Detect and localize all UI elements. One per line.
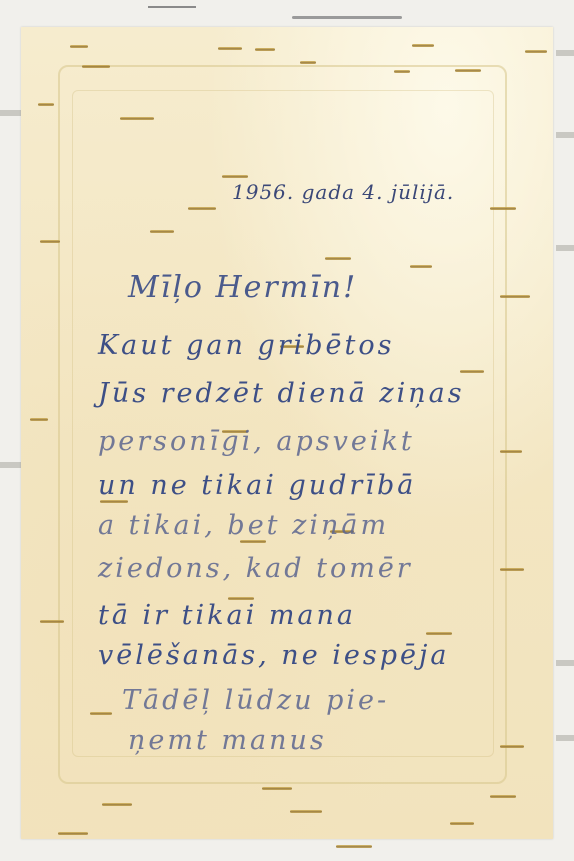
background-stripe bbox=[0, 110, 21, 116]
bark-lenticel bbox=[455, 69, 481, 72]
bark-lenticel bbox=[490, 207, 516, 210]
bark-lenticel bbox=[394, 70, 410, 73]
background-stripe bbox=[556, 132, 574, 138]
bark-lenticel bbox=[120, 117, 154, 120]
bark-lenticel bbox=[150, 230, 174, 233]
letter-line: vēlēšanās, ne iespēja bbox=[98, 640, 449, 671]
background-stripe bbox=[0, 462, 21, 468]
letter-line: tā ir tikai mana bbox=[98, 600, 356, 631]
bark-lenticel bbox=[500, 745, 524, 748]
background-stripe bbox=[556, 660, 574, 666]
bark-lenticel bbox=[300, 61, 316, 64]
bark-lenticel bbox=[40, 620, 64, 623]
background-stripe bbox=[556, 245, 574, 251]
letter-line: Kaut gan gribētos bbox=[98, 330, 395, 361]
background-stripe bbox=[556, 735, 574, 741]
letter-date: 1956. gada 4. jūlijā. bbox=[232, 180, 454, 204]
bark-lenticel bbox=[500, 450, 522, 453]
bark-lenticel bbox=[102, 803, 132, 806]
bark-lenticel bbox=[325, 257, 351, 260]
bark-lenticel bbox=[30, 418, 48, 421]
bark-lenticel bbox=[412, 44, 434, 47]
bark-lenticel bbox=[255, 48, 275, 51]
bark-lenticel bbox=[500, 295, 530, 298]
bark-lenticel bbox=[218, 47, 242, 50]
bark-lenticel bbox=[500, 568, 524, 571]
bark-lenticel bbox=[262, 787, 292, 790]
bark-lenticel bbox=[336, 845, 372, 848]
letter-line: Tādēļ lūdzu pie- bbox=[122, 685, 389, 716]
bark-lenticel bbox=[450, 822, 474, 825]
bark-lenticel bbox=[188, 207, 216, 210]
letter-salutation: Mīļo Hermīn! bbox=[128, 270, 357, 305]
letter-line: ziedons, kad tomēr bbox=[98, 553, 413, 584]
top-print-text bbox=[148, 6, 196, 8]
bark-lenticel bbox=[410, 265, 432, 268]
bark-lenticel bbox=[40, 240, 60, 243]
bark-lenticel bbox=[90, 712, 112, 715]
bark-lenticel bbox=[38, 103, 54, 106]
bark-lenticel bbox=[490, 795, 516, 798]
bark-lenticel bbox=[426, 632, 452, 635]
top-divider bbox=[292, 16, 402, 19]
background-stripe bbox=[556, 50, 574, 56]
bark-lenticel bbox=[290, 810, 322, 813]
bark-lenticel bbox=[58, 832, 88, 835]
letter-line: personīgi, apsveikt bbox=[98, 426, 415, 457]
letter-line: un ne tikai gudrībā bbox=[98, 470, 416, 501]
bark-lenticel bbox=[70, 45, 88, 48]
bark-lenticel bbox=[222, 175, 248, 178]
bark-lenticel bbox=[82, 65, 110, 68]
bark-lenticel bbox=[460, 370, 484, 373]
letter-line: Jūs redzēt dienā ziņas bbox=[98, 378, 465, 409]
bark-lenticel bbox=[525, 50, 547, 53]
letter-line: ņemt manus bbox=[128, 725, 327, 756]
letter-line: a tikai, bet ziņām bbox=[98, 510, 389, 541]
